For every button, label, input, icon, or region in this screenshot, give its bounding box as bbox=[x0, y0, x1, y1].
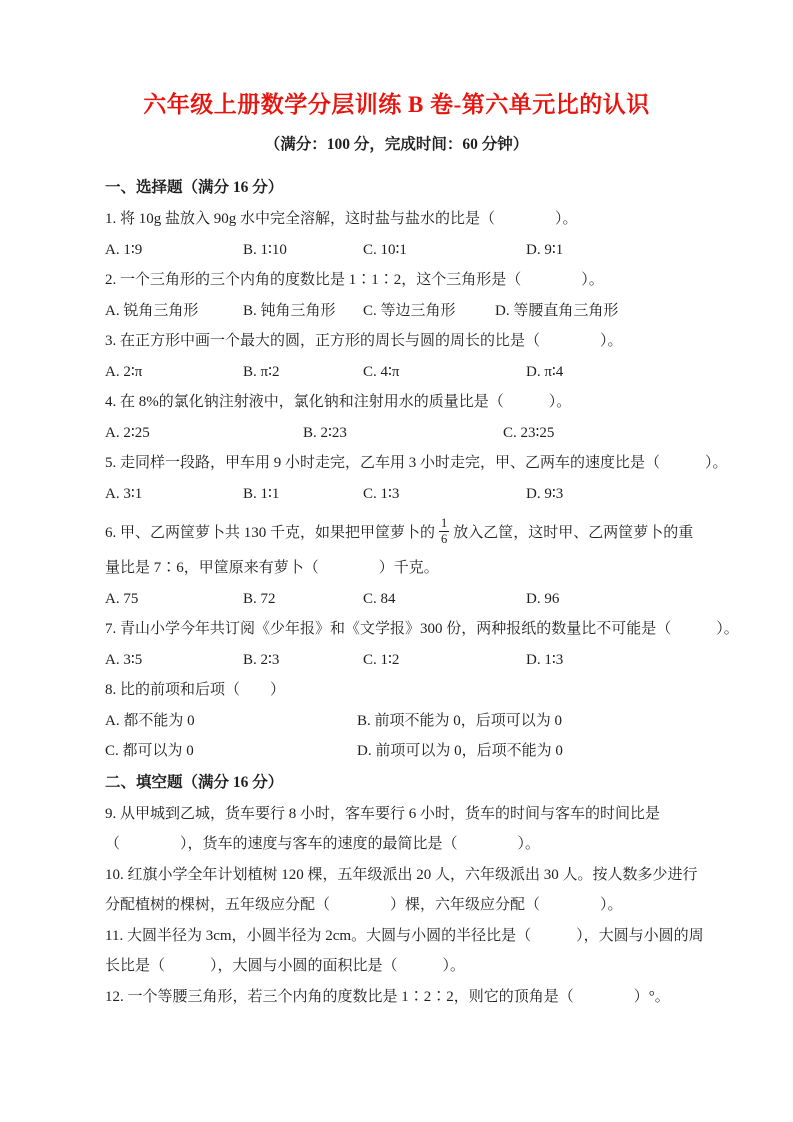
q3-option-c: C. 4∶π bbox=[363, 357, 399, 388]
q6-option-c: C. 84 bbox=[363, 584, 396, 615]
q7-option-d: D. 1∶3 bbox=[526, 645, 563, 676]
q6-fraction: 1 6 bbox=[439, 516, 449, 546]
worksheet-page: 六年级上册数学分层训练 B 卷-第六单元比的认识 （满分：100 分，完成时间：… bbox=[0, 0, 793, 1122]
q12-text: 12. 一个等腰三角形，若三个内角的度数比是 1∶2∶2，则它的顶角是（ ）°。 bbox=[105, 982, 793, 1013]
q4-options: A. 2∶25 B. 2∶23 C. 23∶25 bbox=[105, 418, 793, 449]
section-choice-heading: 一、选择题（满分 16 分） bbox=[105, 172, 793, 204]
q8-options-row-1: A. 都不能为 0 B. 前项不能为 0，后项可以为 0 bbox=[105, 706, 793, 737]
q9-text-line2: （ ），货车的速度与客车的速度的最简比是（ ）。 bbox=[105, 829, 793, 860]
q5-option-b: B. 1∶1 bbox=[243, 479, 279, 510]
q2-option-c: C. 等边三角形 bbox=[363, 296, 456, 327]
q5-option-c: C. 1∶3 bbox=[363, 479, 399, 510]
q7-option-b: B. 2∶3 bbox=[243, 645, 279, 676]
q4-option-a: A. 2∶25 bbox=[105, 418, 150, 449]
q7-text: 7. 青山小学今年共订阅《少年报》和《文学报》300 份，两种报纸的数量比不可能… bbox=[105, 614, 793, 645]
q10-text-line2: 分配植树的棵树，五年级应分配（ ）棵，六年级应分配（ ）。 bbox=[105, 890, 793, 921]
q5-option-a: A. 3∶1 bbox=[105, 479, 142, 510]
q8-option-d: D. 前项可以为 0，后项不能为 0 bbox=[357, 736, 563, 767]
q6-text-before-fraction: 6. 甲、乙两筐萝卜共 130 千克，如果把甲筐萝卜的 bbox=[105, 521, 435, 542]
q8-options-row-2: C. 都可以为 0 D. 前项可以为 0，后项不能为 0 bbox=[105, 736, 793, 767]
q9-text-line1: 9. 从甲城到乙城，货车要行 8 小时，客车要行 6 小时，货车的时间与客车的时… bbox=[105, 799, 793, 830]
section-fill-heading: 二、填空题（满分 16 分） bbox=[105, 767, 793, 799]
q7-option-c: C. 1∶2 bbox=[363, 645, 399, 676]
q5-option-d: D. 9∶3 bbox=[526, 479, 563, 510]
q1-option-a: A. 1∶9 bbox=[105, 235, 142, 266]
q6-fraction-numerator: 1 bbox=[439, 516, 449, 531]
q8-option-b: B. 前项不能为 0，后项可以为 0 bbox=[357, 706, 562, 737]
q6-option-b: B. 72 bbox=[243, 584, 276, 615]
q1-option-d: D. 9∶1 bbox=[526, 235, 563, 266]
q5-text: 5. 走同样一段路，甲车用 9 小时走完，乙车用 3 小时走完，甲、乙两车的速度… bbox=[105, 448, 793, 479]
q4-option-c: C. 23∶25 bbox=[503, 418, 554, 449]
q3-options: A. 2∶π B. π∶2 C. 4∶π D. π∶4 bbox=[105, 357, 793, 388]
q3-text: 3. 在正方形中画一个最大的圆，正方形的周长与圆的周长的比是（ ）。 bbox=[105, 326, 793, 357]
q5-options: A. 3∶1 B. 1∶1 C. 1∶3 D. 9∶3 bbox=[105, 479, 793, 510]
q6-text-line1: 6. 甲、乙两筐萝卜共 130 千克，如果把甲筐萝卜的 1 6 放入乙筐，这时甲… bbox=[105, 509, 793, 553]
q6-fraction-denominator: 6 bbox=[439, 532, 449, 546]
q7-option-a: A. 3∶5 bbox=[105, 645, 142, 676]
q1-text: 1. 将 10g 盐放入 90g 水中完全溶解，这时盐与盐水的比是（ ）。 bbox=[105, 204, 793, 235]
q6-options: A. 75 B. 72 C. 84 D. 96 bbox=[105, 584, 793, 615]
q6-option-d: D. 96 bbox=[526, 584, 559, 615]
q2-option-a: A. 锐角三角形 bbox=[105, 296, 198, 327]
q1-options: A. 1∶9 B. 1∶10 C. 10∶1 D. 9∶1 bbox=[105, 235, 793, 266]
q3-option-b: B. π∶2 bbox=[243, 357, 279, 388]
q4-text: 4. 在 8%的氯化钠注射液中，氯化钠和注射用水的质量比是（ ）。 bbox=[105, 387, 793, 418]
q1-option-b: B. 1∶10 bbox=[243, 235, 287, 266]
q2-option-b: B. 钝角三角形 bbox=[243, 296, 336, 327]
q8-option-a: A. 都不能为 0 bbox=[105, 706, 195, 737]
q3-option-d: D. π∶4 bbox=[526, 357, 563, 388]
q2-options: A. 锐角三角形 B. 钝角三角形 C. 等边三角形 D. 等腰直角三角形 bbox=[105, 296, 793, 327]
q8-option-c: C. 都可以为 0 bbox=[105, 736, 194, 767]
q3-option-a: A. 2∶π bbox=[105, 357, 142, 388]
q4-option-b: B. 2∶23 bbox=[303, 418, 347, 449]
q2-option-d: D. 等腰直角三角形 bbox=[495, 296, 618, 327]
q11-text-line1: 11. 大圆半径为 3cm，小圆半径为 2cm。大圆与小圆的半径比是（ ），大圆… bbox=[105, 921, 793, 952]
q2-text: 2. 一个三角形的三个内角的度数比是 1∶1∶2，这个三角形是（ ）。 bbox=[105, 265, 793, 296]
q6-text-line2: 量比是 7∶6，甲筐原来有萝卜（ ）千克。 bbox=[105, 553, 793, 584]
page-title: 六年级上册数学分层训练 B 卷-第六单元比的认识 bbox=[0, 88, 793, 122]
q11-text-line2: 长比是（ ），大圆与小圆的面积比是（ ）。 bbox=[105, 951, 793, 982]
q1-option-c: C. 10∶1 bbox=[363, 235, 407, 266]
exam-meta: （满分：100 分，完成时间：60 分钟） bbox=[0, 132, 793, 158]
q10-text-line1: 10. 红旗小学全年计划植树 120 棵，五年级派出 20 人，六年级派出 30… bbox=[105, 860, 793, 891]
q8-text: 8. 比的前项和后项（ ） bbox=[105, 675, 793, 706]
q6-option-a: A. 75 bbox=[105, 584, 138, 615]
q6-text-after-fraction: 放入乙筐，这时甲、乙两筐萝卜的重 bbox=[453, 521, 693, 542]
q7-options: A. 3∶5 B. 2∶3 C. 1∶2 D. 1∶3 bbox=[105, 645, 793, 676]
